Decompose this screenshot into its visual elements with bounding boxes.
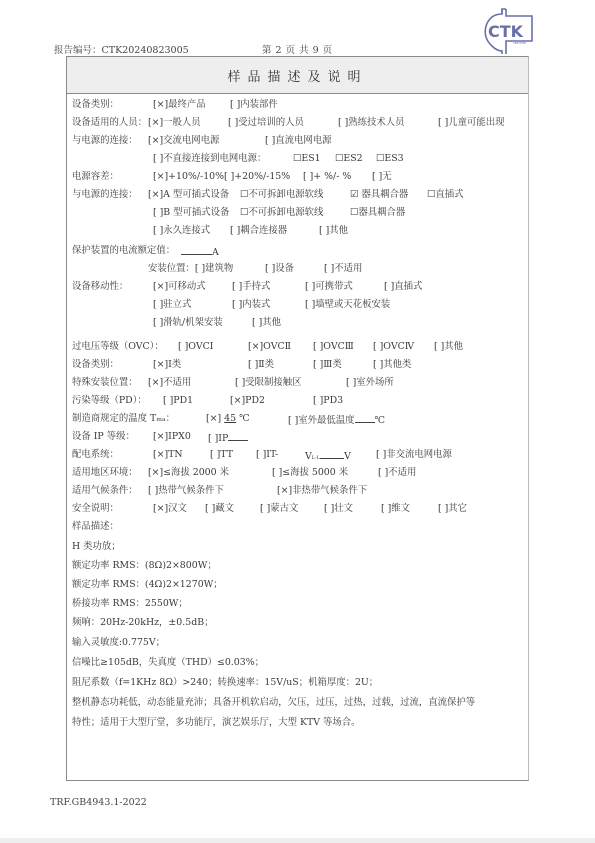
checkbox-option[interactable]: ☐直插式 bbox=[427, 188, 464, 202]
logo-text: CTK bbox=[488, 22, 524, 41]
checkbox-option[interactable]: ☑ 器具耦合器 bbox=[350, 188, 408, 202]
checkbox-option[interactable]: [ ]+20%/-15% bbox=[224, 170, 290, 184]
checkbox-option[interactable]: [ ]墙壁或天花板安装 bbox=[305, 298, 390, 312]
checkbox-option[interactable]: [ ]手持式 bbox=[232, 280, 270, 294]
checkbox-option[interactable]: [ ]直流电网电源 bbox=[265, 134, 332, 148]
checkbox-option[interactable]: [ ]TT bbox=[210, 448, 233, 462]
checkbox-option[interactable]: [ ]Ⅲ类 bbox=[313, 358, 342, 372]
checkbox-option[interactable]: [ ]不适用 bbox=[378, 466, 416, 480]
checkbox-option[interactable]: [×]可移动式 bbox=[153, 280, 206, 294]
checkbox-option[interactable]: [ ]非交流电网电源 bbox=[376, 448, 452, 462]
checkbox-option[interactable]: [ ]直插式 bbox=[384, 280, 422, 294]
checkbox-option[interactable]: [ ]不适用 bbox=[324, 262, 362, 276]
checkbox-option[interactable]: [ ]不直接连接到电网电源： bbox=[153, 152, 266, 166]
temperature-value[interactable]: 45 bbox=[221, 413, 239, 424]
description-line: 阻尼系数（f=1KHz 8Ω）>240；转换速率：15V/uS；机箱厚度：2U； bbox=[72, 676, 378, 690]
checkbox-option[interactable]: [×]非热带气候条件下 bbox=[277, 484, 367, 498]
section-title: 样品描述及说明 bbox=[67, 57, 528, 94]
checkbox-option[interactable]: [ ]热带气候条件下 bbox=[148, 484, 224, 498]
checkbox-option[interactable]: [ ]其他类 bbox=[373, 358, 411, 372]
checkbox-option[interactable]: [ ]PD1 bbox=[163, 394, 193, 408]
checkbox-option[interactable]: [ ]≤海拔 5000 米 bbox=[272, 466, 348, 480]
unit-label: A bbox=[212, 247, 219, 258]
field-label: 电源容差： bbox=[72, 170, 119, 184]
checkbox-option[interactable]: [×]OVCⅡ bbox=[248, 340, 291, 354]
field-label: 污染等级（PD）： bbox=[72, 394, 147, 408]
ip-blank[interactable] bbox=[228, 430, 248, 441]
field-label: 安全说明： bbox=[72, 502, 119, 516]
checkbox-option[interactable]: [ ]壮文 bbox=[324, 502, 353, 516]
field-label: 设备类别： bbox=[72, 98, 119, 112]
checkbox-option[interactable]: [ ]熟练技术人员 bbox=[338, 116, 405, 130]
checkbox-option[interactable]: [ ]内装部件 bbox=[230, 98, 278, 112]
checkbox-option[interactable]: [×] bbox=[206, 413, 221, 424]
field-label: 设备移动性： bbox=[72, 280, 128, 294]
checkbox-option[interactable]: [ ]设备 bbox=[265, 262, 294, 276]
checkbox-option[interactable]: ☐器具耦合器 bbox=[350, 206, 405, 220]
checkbox-option[interactable]: [ ]IP bbox=[208, 433, 228, 444]
description-line: 信噪比≥105dB，失真度（THD）≤0.03%； bbox=[72, 656, 264, 670]
checkbox-option[interactable]: [ ]内装式 bbox=[232, 298, 270, 312]
checkbox-option[interactable]: [ ]+ %/- % bbox=[303, 170, 351, 184]
description-line: 额定功率 RMS：(4Ω)2×1270W； bbox=[72, 578, 223, 592]
description-line: 频响：20Hz-20kHz，±0.5dB； bbox=[72, 616, 213, 630]
checkbox-option[interactable]: [×]最终产品 bbox=[153, 98, 206, 112]
logo-subtext: CERTIFIED bbox=[513, 41, 526, 45]
checkbox-option[interactable]: [ ]耦合连接器 bbox=[230, 224, 287, 238]
checkbox-option[interactable]: [×]汉文 bbox=[153, 502, 187, 516]
checkbox-option[interactable]: [×]A 型可插式设备 bbox=[148, 188, 229, 202]
description-line: 额定功率 RMS：(8Ω)2×800W； bbox=[72, 559, 217, 573]
checkbox-option[interactable]: [ ]Ⅱ类 bbox=[248, 358, 274, 372]
page-info: 第 2 页 共 9 页 bbox=[262, 42, 333, 56]
checkbox-option[interactable]: [ ]蒙古文 bbox=[260, 502, 298, 516]
checkbox-option[interactable]: ☐不可拆卸电源软线 bbox=[240, 206, 323, 220]
field-label: 适用地区环境： bbox=[72, 466, 138, 480]
checkbox-option[interactable]: [ ]室外场所 bbox=[346, 376, 394, 390]
checkbox-option[interactable]: [ ]滑轨/机架安装 bbox=[153, 316, 223, 330]
checkbox-option[interactable]: [ ]永久连接式 bbox=[153, 224, 210, 238]
checkbox-option[interactable]: [ ]儿童可能出现 bbox=[438, 116, 505, 130]
checkbox-option[interactable]: [×]TN bbox=[153, 448, 183, 462]
section-title-text: 样品描述及说明 bbox=[227, 66, 367, 85]
checkbox-es1[interactable]: ☐ES1 bbox=[293, 152, 321, 166]
field-label: 设备类别： bbox=[72, 358, 119, 372]
page-bottom-edge bbox=[0, 838, 595, 843]
field-label: 与电源的连接： bbox=[72, 134, 138, 148]
checkbox-option[interactable]: [ ]维文 bbox=[381, 502, 410, 516]
checkbox-option[interactable]: [×]Ⅰ类 bbox=[153, 358, 181, 372]
description-line: 整机静态功耗低，动态能量充沛；具备开机软启动，欠压，过压，过热，过载，过流，直流… bbox=[72, 696, 475, 710]
description-label: 样品描述： bbox=[72, 520, 119, 534]
checkbox-option[interactable]: [×]+10%/-10% bbox=[153, 170, 224, 184]
checkbox-option[interactable]: [ ]其他 bbox=[319, 224, 348, 238]
checkbox-option[interactable]: [ ]IT- bbox=[256, 448, 278, 462]
form-reference: TRF.GB4943.1-2022 bbox=[50, 797, 147, 808]
checkbox-option[interactable]: [ ]其它 bbox=[438, 502, 467, 516]
field-label: 适用气候条件： bbox=[72, 484, 138, 498]
outdoor-min-temp-blank[interactable] bbox=[355, 412, 375, 423]
checkbox-es3[interactable]: ☐ES3 bbox=[376, 152, 404, 166]
checkbox-option[interactable]: [ ]OVCⅢ bbox=[313, 340, 354, 354]
field-label: 设备 IP 等级： bbox=[72, 430, 135, 444]
field-label: 设备适用的人员： bbox=[72, 116, 147, 130]
voltage-label: V bbox=[305, 451, 312, 462]
document-frame: 样品描述及说明 设备类别： [×]最终产品 [ ]内装部件 设备适用的人员： [… bbox=[66, 56, 529, 781]
checkbox-option[interactable]: [ ]其他 bbox=[252, 316, 281, 330]
checkbox-option[interactable]: [×]不适用 bbox=[148, 376, 191, 390]
field-label: 保护装置的电流额定值： bbox=[72, 244, 175, 258]
description-line: 输入灵敏度:0.775V； bbox=[72, 636, 165, 650]
checkbox-es2[interactable]: ☐ES2 bbox=[335, 152, 363, 166]
field-label: 过电压等级（OVC）： bbox=[72, 340, 164, 354]
checkbox-option[interactable]: [×]交流电网电源 bbox=[148, 134, 219, 148]
field-label: 制造商规定的温度 Tₘₐ： bbox=[72, 412, 175, 426]
checkbox-option[interactable]: [ ]室外最低温度 bbox=[288, 415, 355, 426]
checkbox-option[interactable]: [ ]OVCⅠ bbox=[178, 340, 213, 354]
checkbox-option[interactable]: [ ]藏文 bbox=[205, 502, 234, 516]
checkbox-option[interactable]: [ ]可携带式 bbox=[305, 280, 353, 294]
checkbox-option[interactable]: [ ]B 型可插式设备 bbox=[153, 206, 229, 220]
description-line: 桥接功率 RMS：2550W； bbox=[72, 597, 188, 611]
checkbox-option[interactable]: [×]PD2 bbox=[230, 394, 265, 408]
report-number: 报告编号：CTK20240823005 bbox=[54, 42, 189, 56]
checkbox-option[interactable]: [ ]其他 bbox=[434, 340, 463, 354]
field-label: 特殊安装位置： bbox=[72, 376, 138, 390]
current-rating-blank[interactable] bbox=[181, 244, 212, 255]
description-line: H 类功放； bbox=[72, 540, 121, 554]
checkbox-option[interactable]: [ ]OVCⅣ bbox=[373, 340, 414, 354]
checkbox-option[interactable]: [×]一般人员 bbox=[148, 116, 201, 130]
checkbox-option[interactable]: [ ]无 bbox=[372, 170, 392, 184]
voltage-blank[interactable] bbox=[320, 448, 344, 459]
checkbox-option[interactable]: [×]≤海拔 2000 米 bbox=[148, 466, 229, 480]
checkbox-option[interactable]: [ ]驻立式 bbox=[153, 298, 191, 312]
checkbox-option[interactable]: 安装位置：[ ]建筑物 bbox=[148, 262, 233, 276]
checkbox-option[interactable]: [×]IPX0 bbox=[153, 430, 191, 444]
voltage-subscript: L-L bbox=[312, 455, 320, 461]
description-line: 特性；适用于大型厅堂，多功能厅，演艺娱乐厅，大型 KTV 等场合。 bbox=[72, 716, 361, 730]
checkbox-option[interactable]: [ ]受过培训的人员 bbox=[228, 116, 304, 130]
unit-label: V bbox=[344, 451, 351, 462]
checkbox-option[interactable]: ☐不可拆卸电源软线 bbox=[240, 188, 323, 202]
checkbox-option[interactable]: [ ]PD3 bbox=[313, 394, 343, 408]
checkbox-option[interactable]: [ ]受限制接触区 bbox=[235, 376, 302, 390]
field-label: 与电源的连接： bbox=[72, 188, 138, 202]
field-label: 配电系统： bbox=[72, 448, 119, 462]
ctk-logo: CTK CERTIFIED bbox=[480, 6, 536, 54]
unit-label: ℃ bbox=[239, 413, 250, 424]
unit-label: ℃ bbox=[375, 415, 386, 426]
